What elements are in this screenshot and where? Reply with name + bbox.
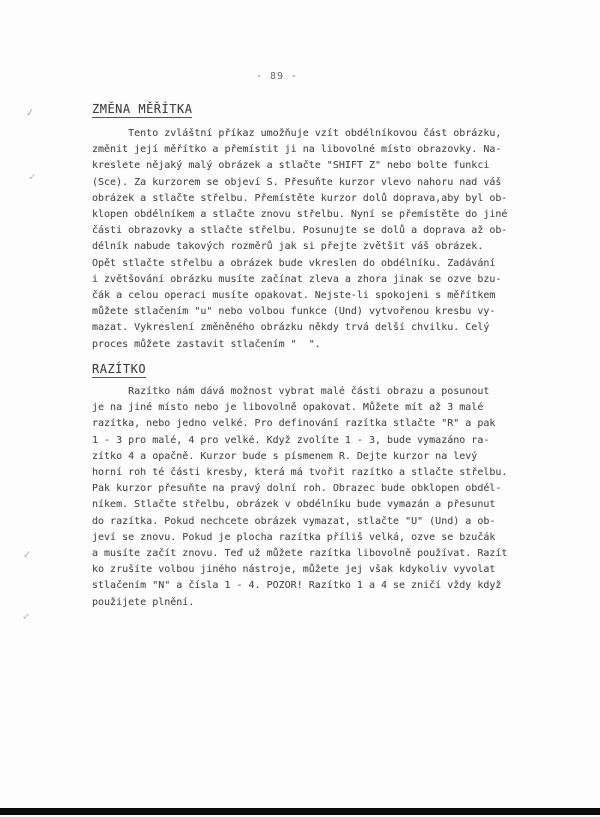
pencil-check-mark: ✓ <box>21 612 30 624</box>
section-body-zmena-meritka: Tento zvláštní příkaz umožňuje vzít obdé… <box>92 126 507 353</box>
section-heading-razitko: RAZÍTKO <box>92 363 146 378</box>
pencil-check-mark: ✓ <box>25 107 35 119</box>
page-number: - 89 - <box>0 71 577 82</box>
section-heading-zmena-meritka: ZMĚNA MĚŘÍTKA <box>92 103 192 118</box>
scanner-edge-band <box>0 808 600 815</box>
pencil-check-mark: ✓ <box>28 172 37 184</box>
section-body-razitko: Razítko nám dává možnost vybrat malé čás… <box>92 384 507 611</box>
pencil-check-mark: ✓ <box>23 550 32 562</box>
scanned-document-page: - 89 - ✓ ✓ ✓ ✓ ZMĚNA MĚŘÍTKA Tento zvláš… <box>0 0 600 817</box>
